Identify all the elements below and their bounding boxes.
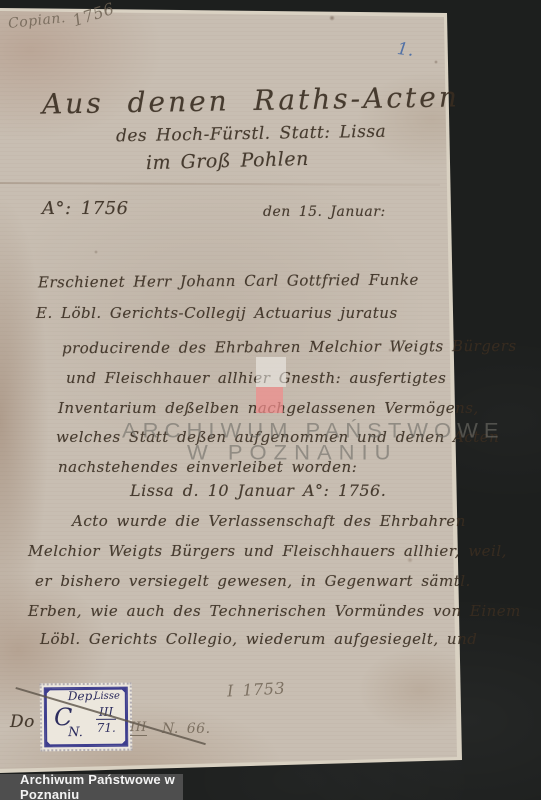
handwriting-line: Melchior Weigts Bürgers und Fleischhauer… — [28, 542, 507, 560]
dateline: Lissa d. 10 Januar A°: 1756. — [130, 481, 386, 500]
stamp-place-label: Lisse — [94, 691, 120, 702]
handwriting-line: producirende des Ehrbahren Melchior Weig… — [62, 337, 517, 357]
page-number: 1. — [396, 39, 416, 61]
handwriting-line: nachstehendes einverleibet worden: — [58, 458, 357, 476]
handwriting-line: Erschienet Herr Johann Carl Gottfried Fu… — [38, 271, 419, 292]
stamp-fraction-bottom: 71. — [96, 720, 116, 735]
date-year: A°: 1756 — [42, 198, 129, 219]
margin-note-n66: N. 66. — [162, 721, 211, 737]
handwriting-line: Erben, wie auch des Technerischen Vormün… — [28, 602, 521, 620]
handwriting-line: Acto wurde die Verlassenschaft des Ehrba… — [72, 512, 466, 530]
title-line-3: im Groß Pohlen — [146, 148, 309, 174]
margin-note-do: Do — [10, 712, 35, 732]
highlight-white — [256, 357, 286, 387]
handwriting-line: E. Löbl. Gerichts-Collegij Actuarius jur… — [36, 304, 398, 322]
archive-name-label: Archiwum Państwowe w Poznaniu — [0, 772, 183, 800]
handwriting-line: er bishero versiegelt gewesen, in Gegenw… — [35, 572, 471, 590]
footer-bar: Archiwum Państwowe w Poznaniu — [0, 774, 183, 800]
stamp-fraction: III 71. — [96, 705, 116, 735]
paper-crease — [0, 182, 440, 186]
handwriting-line: welches Statt deßen aufgenommen und dene… — [56, 428, 499, 446]
stamp-n-label: N. — [68, 725, 83, 740]
handwriting-line: Löbl. Gerichts Collegio, wiederum aufges… — [40, 630, 477, 648]
archive-scan-viewer: Copian. 1756 1. Aus denen Raths-Acten de… — [0, 0, 541, 800]
pencil-reference: I 1753 — [227, 678, 286, 700]
date-day: den 15. Januar: — [263, 204, 386, 220]
margin-note-iii: III — [130, 720, 147, 736]
highlight-pink — [256, 387, 283, 413]
stamp-dep-label: Dep. — [68, 689, 96, 703]
